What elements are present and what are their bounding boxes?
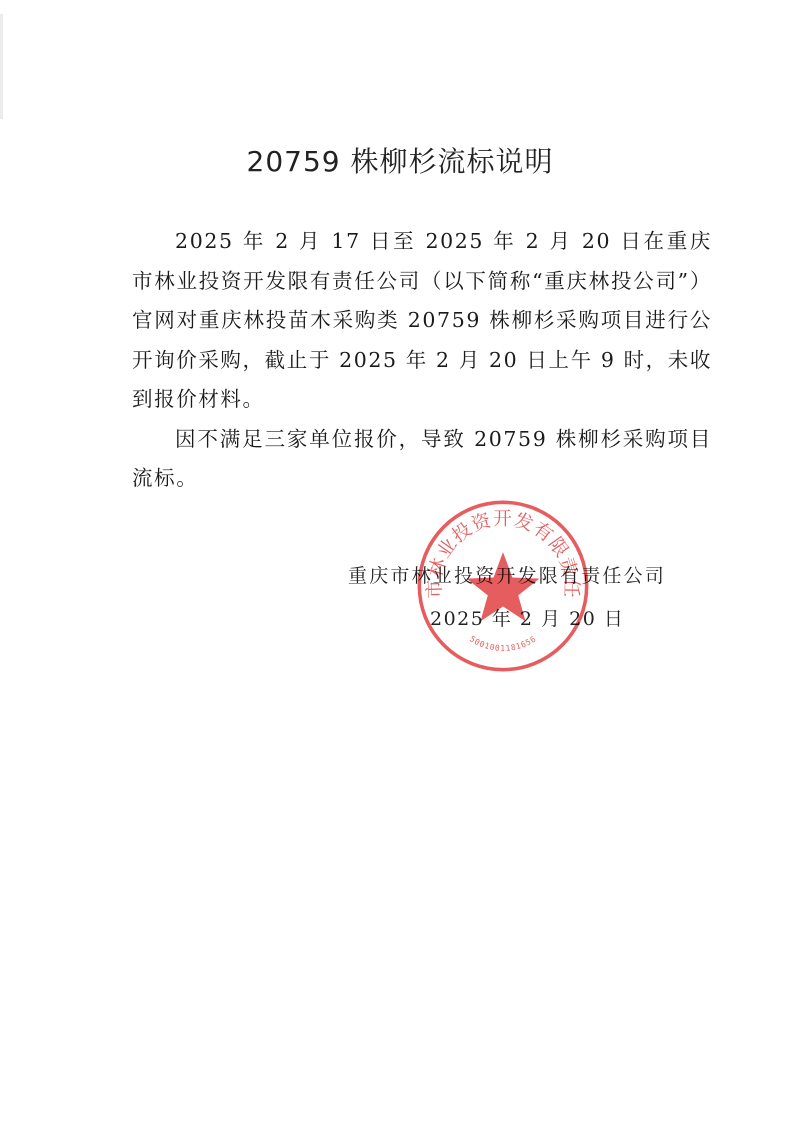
scan-page-edge: [0, 14, 3, 119]
paragraph-procurement-notice: 2025 年 2 月 17 日至 2025 年 2 月 20 日在重庆市林业投资…: [132, 222, 712, 420]
document-body: 2025 年 2 月 17 日至 2025 年 2 月 20 日在重庆市林业投资…: [132, 222, 712, 499]
official-seal-icon: 重庆市林业投资开发有限责任公司 5001001181656: [414, 497, 592, 675]
seal-star-icon: [467, 552, 540, 621]
paragraph-failure-reason: 因不满足三家单位报价，导致 20759 株柳杉采购项目流标。: [132, 420, 712, 499]
seal-serial-text: 5001001181656: [468, 634, 538, 653]
svg-text:5001001181656: 5001001181656: [468, 634, 538, 653]
document-title: 20759 株柳杉流标说明: [0, 142, 800, 182]
